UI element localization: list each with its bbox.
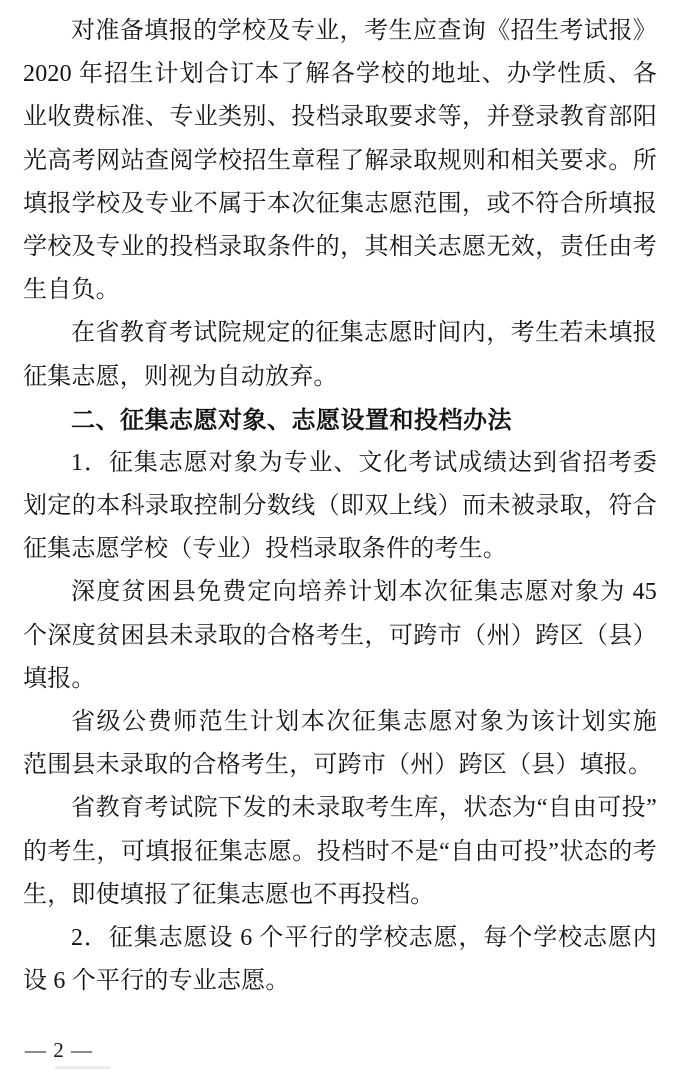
text-line: 征集志愿，则视为自动放弃。 xyxy=(23,356,657,399)
text-line: 填报。 xyxy=(23,658,657,701)
page-number: — 2 — xyxy=(25,1038,93,1063)
text-line: 对准备填报的学校及专业，考生应查询《招生考试报》 xyxy=(23,10,657,53)
section-heading: 二、征集志愿对象、志愿设置和投档办法 xyxy=(23,399,657,442)
text-line: 省教育考试院下发的未录取考生库，状态为“自由可投” xyxy=(23,787,657,830)
text-line: 的考生，可填报征集志愿。投档时不是“自由可投”状态的考 xyxy=(23,831,657,874)
text-line: 范围县未录取的合格考生，可跨市（州）跨区（县）填报。 xyxy=(23,744,657,787)
text-line: 征集志愿学校（专业）投档录取条件的考生。 xyxy=(23,528,657,571)
text-line: 省级公费师范生计划本次征集志愿对象为该计划实施 xyxy=(23,701,657,744)
text-line: 2．征集志愿设 6 个平行的学校志愿，每个学校志愿内 xyxy=(23,917,657,960)
text-line: 在省教育考试院规定的征集志愿时间内，考生若未填报 xyxy=(23,312,657,355)
text-line: 深度贫困县免费定向培养计划本次征集志愿对象为 45 xyxy=(23,571,657,614)
text-line: 业收费标准、专业类别、投档录取要求等，并登录教育部阳 xyxy=(23,96,657,139)
document-page: 对准备填报的学校及专业，考生应查询《招生考试报》2020 年招生计划合订本了解各… xyxy=(0,0,680,1073)
scan-artifact xyxy=(55,1066,110,1069)
text-line: 1．征集志愿对象为专业、文化考试成绩达到省招考委 xyxy=(23,442,657,485)
text-line: 填报学校及专业不属于本次征集志愿范围，或不符合所填报 xyxy=(23,183,657,226)
text-line: 生，即使填报了征集志愿也不再投档。 xyxy=(23,874,657,917)
text-line: 学校及专业的投档录取条件的，其相关志愿无效，责任由考 xyxy=(23,226,657,269)
text-line: 个深度贫困县未录取的合格考生，可跨市（州）跨区（县） xyxy=(23,615,657,658)
text-line: 2020 年招生计划合订本了解各学校的地址、办学性质、各专 xyxy=(23,53,657,96)
text-line: 划定的本科录取控制分数线（即双上线）而未被录取，符合 xyxy=(23,485,657,528)
text-line: 设 6 个平行的专业志愿。 xyxy=(23,960,657,1003)
document-body: 对准备填报的学校及专业，考生应查询《招生考试报》2020 年招生计划合订本了解各… xyxy=(0,0,680,1003)
text-line: 光高考网站查阅学校招生章程了解录取规则和相关要求。所 xyxy=(23,140,657,183)
text-line: 生自负。 xyxy=(23,269,657,312)
